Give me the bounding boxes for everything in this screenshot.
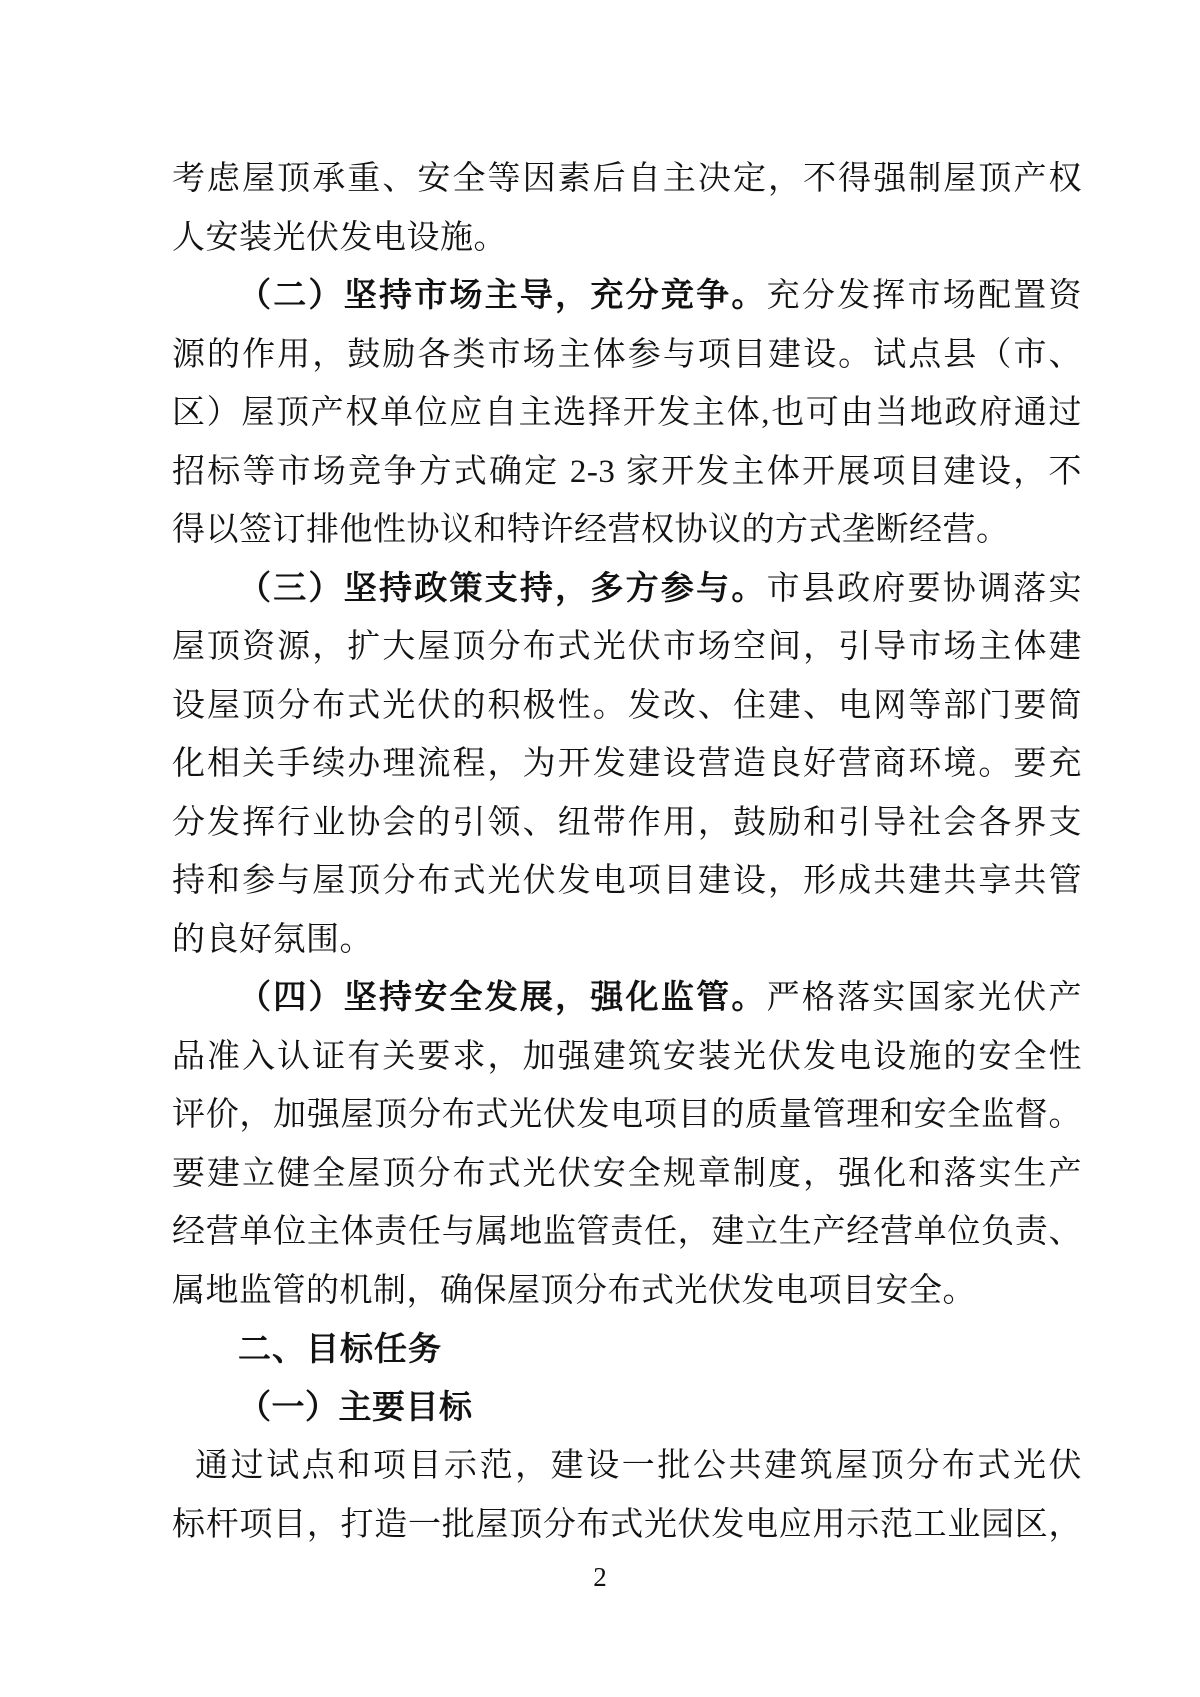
body-line: 设屋顶分布式光伏的积极性。发改、住建、电网等部门要简 (172, 677, 1082, 736)
body-text: 市县政府要协调落实 (767, 571, 1082, 607)
body-line: 经营单位主体责任与属地监管责任，建立生产经营单位负责、 (172, 1203, 1082, 1262)
body-line: 通过试点和项目示范，建设一批公共建筑屋顶分布式光伏 (172, 1437, 1082, 1496)
body-line: 考虑屋顶承重、安全等因素后自主决定，不得强制屋顶产权 (172, 150, 1082, 209)
body-line: 的良好氛围。 (172, 911, 1082, 970)
body-line: （三）坚持政策支持，多方参与。市县政府要协调落实 (172, 560, 1082, 619)
section-lead-3: （三）坚持政策支持，多方参与。 (238, 571, 767, 607)
body-line: 招标等市场竞争方式确定 2-3 家开发主体开展项目建设，不 (172, 443, 1082, 502)
section-lead-4: （四）坚持安全发展，强化监管。 (238, 980, 767, 1016)
body-line: 源的作用，鼓励各类市场主体参与项目建设。试点县（市、 (172, 326, 1082, 385)
section-heading: 二、目标任务 (172, 1320, 1082, 1379)
body-line: 持和参与屋顶分布式光伏发电项目建设，形成共建共享共管 (172, 852, 1082, 911)
document-page: 考虑屋顶承重、安全等因素后自主决定，不得强制屋顶产权 人安装光伏发电设施。 （二… (0, 0, 1200, 1697)
body-line: 标杆项目，打造一批屋顶分布式光伏发电应用示范工业园区， (172, 1496, 1082, 1555)
body-line: 得以签订排他性协议和特许经营权协议的方式垄断经营。 (172, 501, 1082, 560)
page-footer: 2 (0, 1562, 1200, 1592)
body-line: 区）屋顶产权单位应自主选择开发主体,也可由当地政府通过 (172, 384, 1082, 443)
body-text: 充分发挥市场配置资 (767, 278, 1082, 314)
page-number: 2 (593, 1562, 607, 1592)
body-line: 人安装光伏发电设施。 (172, 209, 1082, 268)
body-line: 化相关手续办理流程，为开发建设营造良好营商环境。要充 (172, 735, 1082, 794)
document-body: 考虑屋顶承重、安全等因素后自主决定，不得强制屋顶产权 人安装光伏发电设施。 （二… (172, 150, 1082, 1554)
body-text: 严格落实国家光伏产 (767, 980, 1082, 1016)
body-line: 分发挥行业协会的引领、纽带作用，鼓励和引导社会各界支 (172, 794, 1082, 853)
body-line: （二）坚持市场主导，充分竞争。充分发挥市场配置资 (172, 267, 1082, 326)
subsection-heading: （一）主要目标 (172, 1379, 1082, 1438)
body-line: （四）坚持安全发展，强化监管。严格落实国家光伏产 (172, 969, 1082, 1028)
body-line: 要建立健全屋顶分布式光伏安全规章制度，强化和落实生产 (172, 1145, 1082, 1204)
body-line: 评价，加强屋顶分布式光伏发电项目的质量管理和安全监督。 (172, 1086, 1082, 1145)
body-line: 属地监管的机制，确保屋顶分布式光伏发电项目安全。 (172, 1262, 1082, 1321)
body-line: 品准入认证有关要求，加强建筑安装光伏发电设施的安全性 (172, 1028, 1082, 1087)
body-line: 屋顶资源，扩大屋顶分布式光伏市场空间，引导市场主体建 (172, 618, 1082, 677)
section-lead-2: （二）坚持市场主导，充分竞争。 (238, 278, 767, 314)
